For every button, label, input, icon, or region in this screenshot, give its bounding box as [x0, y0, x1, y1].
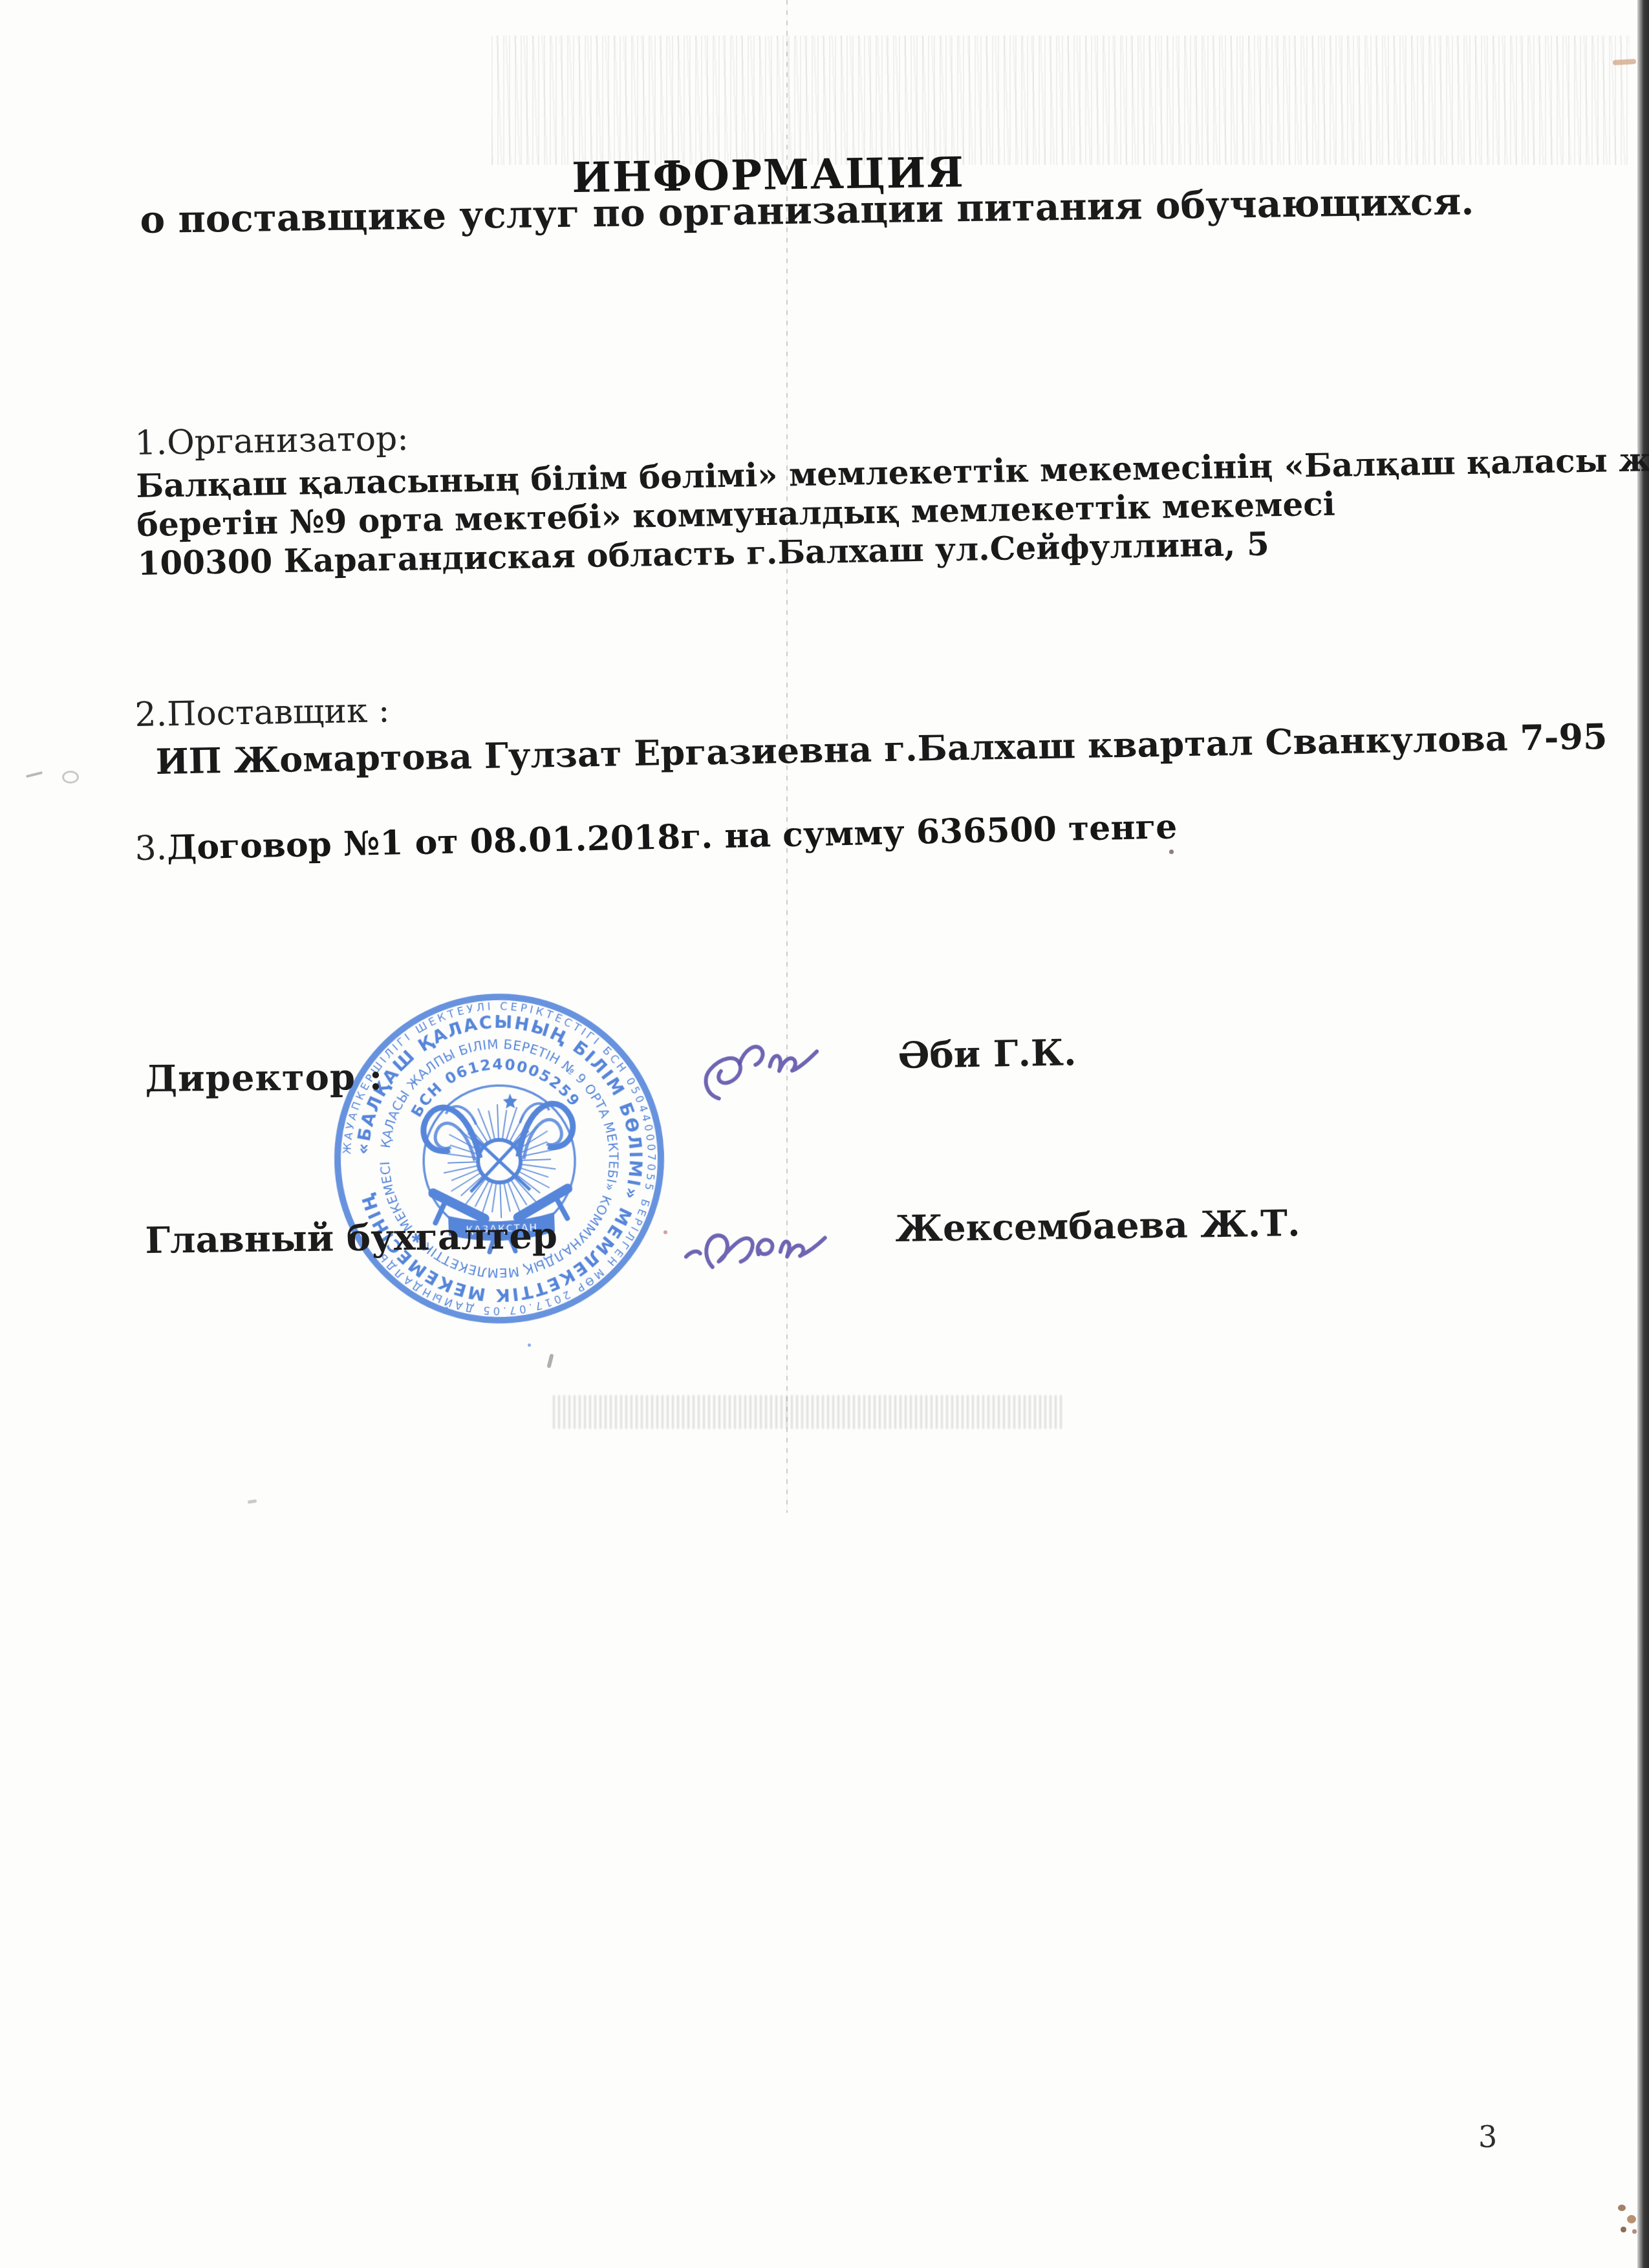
scanner-edge-shadow: [1637, 0, 1649, 2268]
scan-speck: [62, 771, 79, 784]
scan-speck: [1621, 2227, 1626, 2232]
scan-speck: [528, 1343, 531, 1347]
accountant-name: Жексембаева Ж.Т.: [895, 1202, 1300, 1250]
director-signature: [694, 1008, 836, 1117]
director-name: Әби Г.К.: [898, 1031, 1077, 1077]
document-subtitle: о поставщике услуг по организации питани…: [140, 179, 1474, 242]
scan-speck: [26, 771, 43, 778]
scan-speck: [1618, 2205, 1626, 2211]
scan-smudge: [553, 1395, 1064, 1429]
official-round-stamp: ЖАУАПКЕРШІЛІГІ ШЕКТЕУЛІ СЕРІКТЕСТІГІ БСН…: [321, 981, 677, 1336]
accountant-signature: [675, 1190, 842, 1298]
accountant-signature-strokes: [675, 1190, 842, 1295]
page-number: 3: [1478, 2119, 1497, 2154]
scan-speck: [1627, 2215, 1636, 2223]
stamp-graphic: ЖАУАПКЕРШІЛІГІ ШЕКТЕУЛІ СЕРІКТЕСТІГІ БСН…: [321, 981, 677, 1336]
contract-number-prefix: 3.: [135, 829, 167, 868]
scan-speck: [248, 1499, 257, 1504]
accountant-role-label: Главный бухгалтер: [145, 1214, 557, 1262]
scan-speck: [1613, 59, 1636, 65]
organizer-label: 1.Организатор:: [135, 420, 409, 463]
contract-details: Договор №1 от 08.01.2018г. на сумму 6365…: [167, 807, 1178, 868]
scan-speck: [1632, 2229, 1637, 2234]
scan-speck: [546, 1354, 554, 1369]
supplier-label: 2.Поставщик :: [135, 691, 390, 734]
scanned-document-page: ИНФОРМАЦИЯ о поставщике услуг по организ…: [0, 0, 1649, 2268]
scan-speck: [1169, 850, 1174, 854]
scan-noise-band: [491, 36, 1630, 165]
stamp-rings: ЖАУАПКЕРШІЛІГІ ШЕКТЕУЛІ СЕРІКТЕСТІГІ БСН…: [321, 981, 667, 1327]
director-role-label: Директор :: [145, 1056, 383, 1100]
director-signature-strokes: [694, 1008, 836, 1114]
contract-line: 3.Договор №1 от 08.01.2018г. на сумму 63…: [135, 807, 1178, 868]
